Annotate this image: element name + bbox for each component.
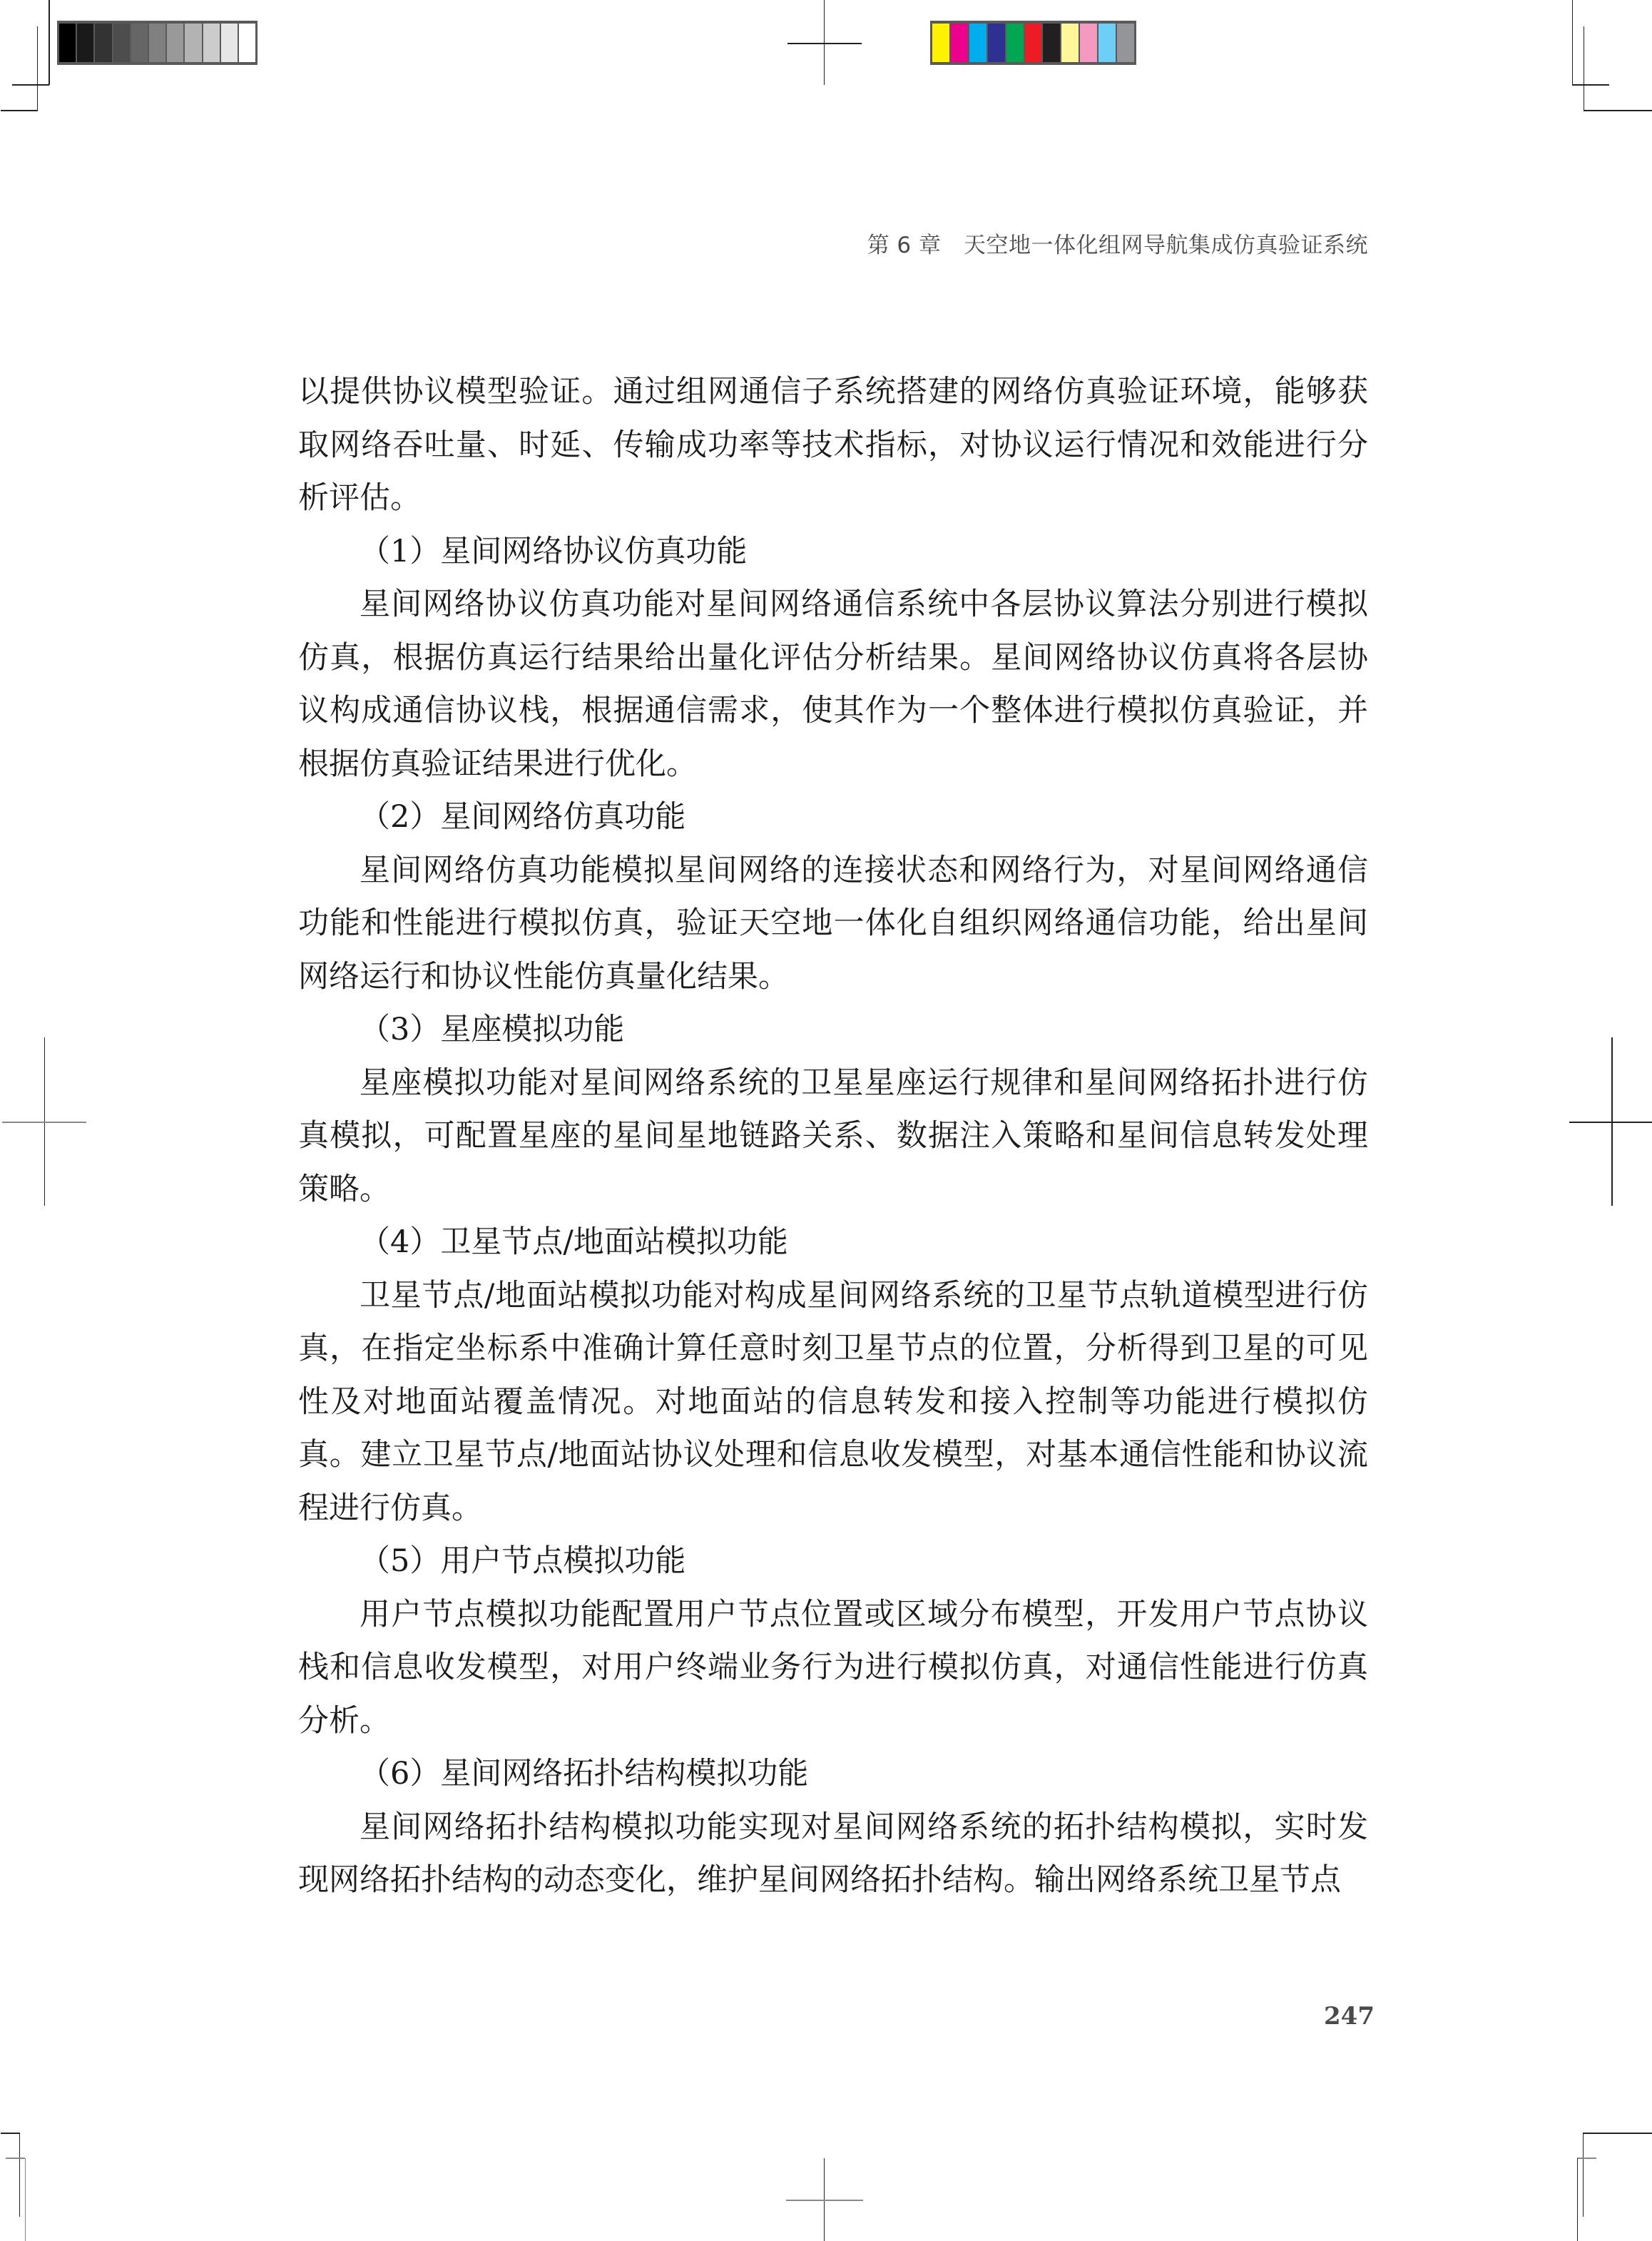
section-body-4: 卫星节点/地面站模拟功能对构成星间网络系统的卫星节点轨道模型进行仿真，在指定坐标…: [298, 1269, 1368, 1535]
color-swatch: [131, 24, 148, 62]
grayscale-calibration-bar: [57, 21, 258, 65]
section-heading-2: （2）星间网络仿真功能: [298, 791, 1368, 844]
color-swatch: [149, 24, 165, 62]
page-number: 247: [1324, 2002, 1375, 2031]
color-swatch: [1061, 24, 1079, 62]
color-swatch: [221, 24, 238, 62]
color-calibration-bar: [930, 21, 1136, 65]
section-heading-1: （1）星间网络协议仿真功能: [298, 525, 1368, 579]
registration-mark: [786, 2200, 825, 2201]
color-swatch: [951, 24, 968, 62]
crop-mark: [12, 84, 49, 86]
registration-mark: [825, 2200, 863, 2201]
color-swatch: [239, 24, 255, 62]
registration-mark: [2, 1122, 86, 1123]
color-swatch: [969, 24, 986, 62]
color-swatch: [1098, 24, 1116, 62]
crop-mark: [1577, 2158, 1578, 2241]
intro-paragraph: 以提供协议模型验证。通过组网通信子系统搭建的网络仿真验证环境，能够获取网络吞吐量…: [298, 365, 1368, 525]
section-heading-3: （3）星座模拟功能: [298, 1003, 1368, 1057]
crop-mark: [37, 26, 38, 111]
section-heading-4: （4）卫星节点/地面站模拟功能: [298, 1216, 1368, 1269]
crop-mark: [1584, 110, 1652, 111]
section-body-3: 星座模拟功能对星间网络系统的卫星星座运行规律和星间网络拓扑进行仿真模拟，可配置星…: [298, 1057, 1368, 1216]
section-body-2: 星间网络仿真功能模拟星间网络的连接状态和网络行为，对星间网络通信功能和性能进行模…: [298, 844, 1368, 1004]
color-swatch: [1080, 24, 1097, 62]
crop-mark: [1584, 26, 1584, 111]
color-swatch: [185, 24, 201, 62]
crop-mark: [6, 2158, 25, 2159]
crop-mark: [1, 2133, 20, 2134]
registration-mark: [1569, 1122, 1652, 1123]
color-swatch: [1117, 24, 1134, 62]
color-swatch: [59, 24, 76, 62]
color-swatch: [95, 24, 111, 62]
section-heading-6: （6）星间网络拓扑结构模拟功能: [298, 1747, 1368, 1801]
crop-mark: [25, 2158, 26, 2241]
color-swatch: [1025, 24, 1042, 62]
section-body-1: 星间网络协议仿真功能对星间网络通信系统中各层协议算法分别进行模拟仿真，根据仿真运…: [298, 578, 1368, 791]
crop-mark: [1572, 0, 1573, 85]
crop-mark: [49, 0, 50, 85]
color-swatch: [113, 24, 130, 62]
running-head: 第 6 章 天空地一体化组网导航集成仿真验证系统: [837, 227, 1368, 259]
crop-mark: [19, 2133, 20, 2217]
color-swatch: [988, 24, 1005, 62]
crop-mark: [1583, 2133, 1652, 2134]
crop-mark: [1583, 2133, 1584, 2217]
color-swatch: [1043, 24, 1060, 62]
crop-mark: [1, 110, 38, 111]
body-text: 以提供协议模型验证。通过组网通信子系统搭建的网络仿真验证环境，能够获取网络吞吐量…: [298, 365, 1368, 1907]
section-heading-5: （5）用户节点模拟功能: [298, 1535, 1368, 1588]
section-body-6: 星间网络拓扑结构模拟功能实现对星间网络系统的拓扑结构模拟，实时发现网络拓扑结构的…: [298, 1801, 1368, 1907]
color-swatch: [932, 24, 949, 62]
section-body-5: 用户节点模拟功能配置用户节点位置或区域分布模型，开发用户节点协议栈和信息收发模型…: [298, 1588, 1368, 1748]
color-swatch: [203, 24, 220, 62]
crop-mark: [1572, 84, 1609, 86]
registration-mark: [787, 43, 862, 44]
color-swatch: [1006, 24, 1024, 62]
crop-mark: [1577, 2158, 1596, 2159]
color-swatch: [167, 24, 183, 62]
color-swatch: [77, 24, 93, 62]
book-page: 第 6 章 天空地一体化组网导航集成仿真验证系统 以提供协议模型验证。通过组网通…: [0, 0, 1652, 2241]
